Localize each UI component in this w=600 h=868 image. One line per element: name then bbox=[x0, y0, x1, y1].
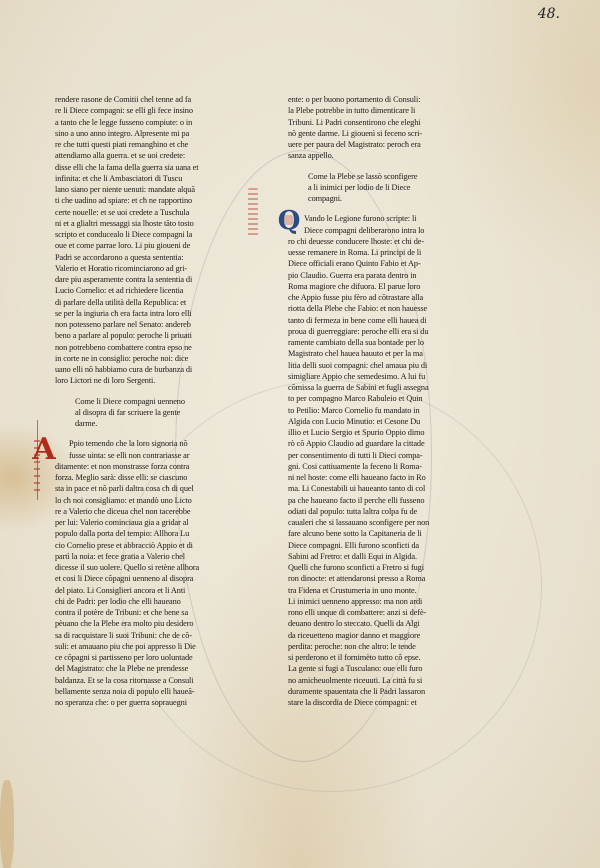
text-line: rendere rasone de Comitii chel tenne ad … bbox=[55, 94, 261, 105]
text-line: simigliare Appio che semedesimo. A lui f… bbox=[288, 371, 494, 382]
text-line: sino a uno anno integro. Alpresente mi p… bbox=[55, 128, 261, 139]
left-column: rendere rasone de Comitii chel tenne ad … bbox=[55, 94, 261, 708]
text-line: certe nouelle: et se uoi credete a Tusch… bbox=[55, 207, 261, 218]
heading-line: al disopra di far scriuere la gente bbox=[75, 407, 261, 418]
text-line: sa di racquistare li suoi Tribuni: che d… bbox=[55, 630, 261, 641]
text-line: populo dalla porta del tempio: Allhora L… bbox=[55, 528, 261, 539]
text-line: suli: et amauano piu che poi appresso li… bbox=[55, 641, 261, 652]
text-line: Roma magiore che difuora. El parue loro bbox=[288, 281, 494, 292]
text-line: tra Fidena et Crustumeria in uno monte. bbox=[288, 585, 494, 596]
text-line: sta in pace et nõ parli daltra cosa cħ d… bbox=[55, 483, 261, 494]
text-line: scripto et conducealo li Diece compagni … bbox=[55, 229, 261, 240]
chapter-heading-right: Come la Plebe se lassò sconfigere a li i… bbox=[308, 171, 494, 205]
text-line: dare piu asperamente contra la sententia… bbox=[55, 274, 261, 285]
text-line: attendiamo alla guerra. et se uoi credet… bbox=[55, 150, 261, 161]
text-line: pio Claudio. Guerra era parata dentro in bbox=[288, 270, 494, 281]
text-line: ce cõpagni si partisseno per loro uolunt… bbox=[55, 652, 261, 663]
text-line: no speranza che: o per guerra sopraueg­n… bbox=[55, 697, 261, 708]
text-line: et cosi li Diece cõpagni uenneno al diso… bbox=[55, 573, 261, 584]
text-line: in corte ne in consiglio: peroche noi: d… bbox=[55, 353, 261, 364]
heading-line: compagni. bbox=[308, 193, 494, 204]
text-line: ron dinocte: et attendaronsi presso a Ro… bbox=[288, 573, 494, 584]
heading-line: darme. bbox=[75, 418, 261, 429]
text-line: Vando le Legione furono scripte: li bbox=[288, 213, 494, 224]
text-line: rono elli unque di combattere: anzi si d… bbox=[288, 607, 494, 618]
text-line: del piato. Li Consiglieri ancora et li A… bbox=[55, 585, 261, 596]
chapter-heading-left: Come li Diece compagni uenneno al disopr… bbox=[75, 396, 261, 430]
text-line: illio et Lucio Sergio et Spurio Oppio di… bbox=[288, 427, 494, 438]
text-line: a tanto che le legge fusseno compiute: o… bbox=[55, 117, 261, 128]
text-line: Sabini ad Fretro: et dalli Equi in Algid… bbox=[288, 551, 494, 562]
text-line: uesse remanere in Roma. Li principi de l… bbox=[288, 247, 494, 258]
text-line: fare alcuno bene sotto la Capitaneria de… bbox=[288, 528, 494, 539]
text-line: di parlare della utilità della Republica… bbox=[55, 297, 261, 308]
text-line: infinita: et che li Ambasciatori di Tusc… bbox=[55, 173, 261, 184]
text-line: cio Cornelio prese et abbracciò Appio et… bbox=[55, 540, 261, 551]
text-line: duramente spauentata che li Padri lassar… bbox=[288, 686, 494, 697]
text-line: re che tutti questi piati remanghino et … bbox=[55, 139, 261, 150]
text-line: si perderono et il fornimèto tutto cõ ep… bbox=[288, 652, 494, 663]
text-line: bellamente senza noia di populo elli hau… bbox=[55, 686, 261, 697]
text-line: del Magistrato: che la Plebe ne prendess… bbox=[55, 663, 261, 674]
text-line: Valerio et Horatio ricominciarono ad gri… bbox=[55, 263, 261, 274]
text-line: pèuano che la Plebe era molto piu deside… bbox=[55, 618, 261, 629]
text-line: ditamente: et non monstrasse forza contr… bbox=[55, 461, 261, 472]
text-line: re a Valerio che diceua chel non tacereb… bbox=[55, 506, 261, 517]
text-line: che Appio fusse piu fèro ad cõtrastare a… bbox=[288, 292, 494, 303]
illuminated-initial-q: Q bbox=[278, 209, 300, 233]
heading-line: Come la Plebe se lassò sconfigere bbox=[308, 171, 494, 182]
text-line: caualeri che si lassauano sconfigere per… bbox=[288, 517, 494, 528]
left-paragraph-2: A Ppio temendo che la loro signoria nõ f… bbox=[55, 438, 261, 708]
heading-line: a li inimici per lodio de li Diece bbox=[308, 182, 494, 193]
text-line: chi de Padri: per lodio che elli haueano bbox=[55, 596, 261, 607]
manuscript-page: 48. rendere rasone de Comitii chel tenne… bbox=[0, 0, 600, 868]
text-line: ti che uadino ad spiare: et cħ ne rappor… bbox=[55, 195, 261, 206]
folio-number: 48. bbox=[538, 6, 560, 22]
right-paragraph-2: Q Vando le Legione furono scripte: li Di… bbox=[288, 213, 494, 708]
text-line: oue et come parrae loro. Li piu gioueni … bbox=[55, 240, 261, 251]
heading-line: Come li Diece compagni uenneno bbox=[75, 396, 261, 407]
text-line: da riceuetteno magior danno et maggiore bbox=[288, 630, 494, 641]
text-line: odiati dal populo: tutta laltra colpa fu… bbox=[288, 506, 494, 517]
text-line: non potrebbeno combattere contra epso ne bbox=[55, 342, 261, 353]
text-line: pa che haueano facto il perche elli fuss… bbox=[288, 495, 494, 506]
text-line: fusse uinta: se elli non contrariasse ar bbox=[55, 450, 261, 461]
text-line: proua di guerreggiare: peroche elli era … bbox=[288, 326, 494, 337]
text-line: rò cõ Appio Claudio ad guardare la citta… bbox=[288, 438, 494, 449]
text-line: stare la discordia de Diece compagni: et bbox=[288, 697, 494, 708]
text-line: partì la noia: et fece gratia a Valerio … bbox=[55, 551, 261, 562]
right-column: ente: o per buono portamento di Consuli:… bbox=[288, 94, 494, 708]
illuminated-initial-a: A bbox=[31, 435, 57, 463]
text-line: Algida con Lucio Minutio: et Cesone Du bbox=[288, 416, 494, 427]
text-line: non potesseno parlare nel Senato: andere… bbox=[55, 319, 261, 330]
text-line: riotta della Plebe che Fabio: et non hau… bbox=[288, 303, 494, 314]
text-line: uere per paura del Magistrato: perocħ er… bbox=[288, 139, 494, 150]
text-line: forza. Meglio sarà: disse elli: se ciasc… bbox=[55, 472, 261, 483]
text-line: Lucio Cornelio: et ad richiedere licenti… bbox=[55, 285, 261, 296]
text-line: litia delli suoi compagni: chel amaua pi… bbox=[288, 360, 494, 371]
text-line: perdita: peroche: non che altro: le tend… bbox=[288, 641, 494, 652]
text-line: La gente si fugi a Tusculano: oue elli f… bbox=[288, 663, 494, 674]
text-line: sanza appello. bbox=[288, 150, 494, 161]
text-line: Diece compagni. Elli furono sconficti da bbox=[288, 540, 494, 551]
text-line: to per compagno Marco Rabuleio et Quin bbox=[288, 393, 494, 404]
text-line: Diece compagni deliberarono intra lo bbox=[288, 225, 494, 236]
text-line: ni et a glialtri messaggi sia lhoste tãt… bbox=[55, 218, 261, 229]
foxing-stain bbox=[0, 780, 14, 868]
text-line: beno a parlare al populo: peroche li pri… bbox=[55, 330, 261, 341]
text-line: ente: o per buono portamento di Consuli: bbox=[288, 94, 494, 105]
text-line: nõ gente darme. Li giouenì si feceno scr… bbox=[288, 128, 494, 139]
text-line: Magistrato chel hauea hauuto et per la m… bbox=[288, 348, 494, 359]
text-line: Tribuni. Li Padri consentirono che elegh… bbox=[288, 117, 494, 128]
text-line: lano siano per niente uenuti: mandate al… bbox=[55, 184, 261, 195]
text-line: ni nel hoste: come elli haueano facto in… bbox=[288, 472, 494, 483]
text-line: dicesse il suo uolere. Quello si retène … bbox=[55, 562, 261, 573]
left-paragraph-1: rendere rasone de Comitii chel tenne ad … bbox=[55, 94, 261, 387]
text-line: uano elli nõ habbiamo cura de burbanza d… bbox=[55, 364, 261, 375]
text-line: deuano dentro lo steccato. Quelli da Alg… bbox=[288, 618, 494, 629]
text-line: Padri se accordarono a questa sententia: bbox=[55, 252, 261, 263]
text-line: ro chi deuesse conducere lhoste: et chi … bbox=[288, 236, 494, 247]
text-line: to Petilio: Marco Cornelio fu mandato in bbox=[288, 405, 494, 416]
text-line: se per la ingiuria cħ era facta intra lo… bbox=[55, 308, 261, 319]
text-line: contra il potère de Tribuni: et che bene… bbox=[55, 607, 261, 618]
text-line: cõmissa la guerra de Sabini et fugli ass… bbox=[288, 382, 494, 393]
text-line: gni. Cosi cattiuamente la feceno li Roma… bbox=[288, 461, 494, 472]
text-line: per lui: Valerio cominciaua gia a gridar… bbox=[55, 517, 261, 528]
text-line: loro Lictori ne di loro Sergenti. bbox=[55, 375, 261, 386]
text-line: la Plebe potrebbe in tutto dimenticare l… bbox=[288, 105, 494, 116]
text-line: ramente cambiato della sua bontade per l… bbox=[288, 337, 494, 348]
text-line: re li Diece compagni: se elli gli fece i… bbox=[55, 105, 261, 116]
text-line: ma. Li Conestabili ui haueanto tanto di … bbox=[288, 483, 494, 494]
text-line: lo cħ noi consigliamo: et mandò uno Lict… bbox=[55, 495, 261, 506]
text-line: per consentimento di tutti li Dieci comp… bbox=[288, 450, 494, 461]
text-line: Li inimici uenneno appresso: ma non ardi bbox=[288, 596, 494, 607]
text-line: no amicheuolmente riceuuti. La città fu … bbox=[288, 675, 494, 686]
text-line: baldanza. Et se la cosa ritornasse a Con… bbox=[55, 675, 261, 686]
right-paragraph-1: ente: o per buono portamento di Consuli:… bbox=[288, 94, 494, 162]
text-line: Quelli che furono sconficti a Fretro si … bbox=[288, 562, 494, 573]
text-line: Diece officiali erano Quinto Fabio et Ap… bbox=[288, 258, 494, 269]
text-line: disse elli che la fama della guerra sia … bbox=[55, 162, 261, 173]
text-line: Ppio temendo che la loro signoria nõ bbox=[55, 438, 261, 449]
text-line: tanto di fermeza in bene come elli hauea… bbox=[288, 315, 494, 326]
